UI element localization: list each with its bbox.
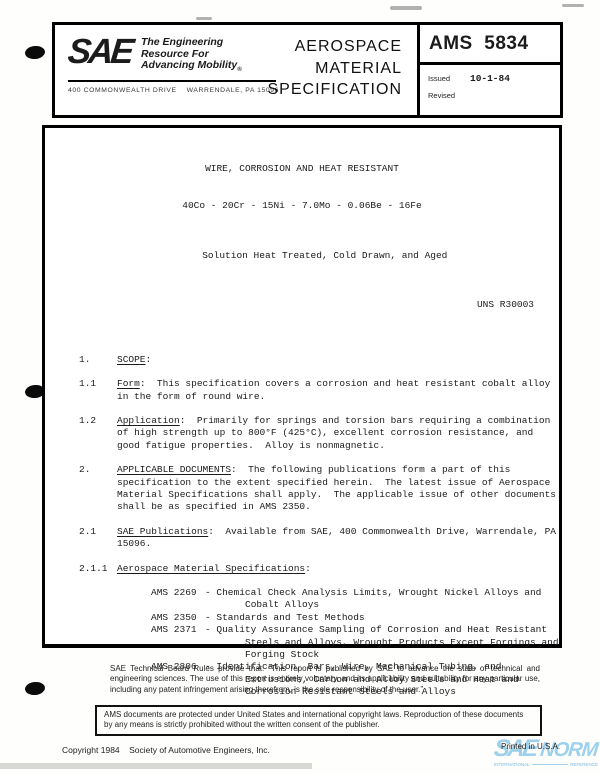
- revised-row: Revised: [420, 84, 560, 100]
- section-content: Application: Primarily for springs and t…: [117, 415, 559, 452]
- ams-code: AMS 2350: [151, 612, 205, 624]
- revised-label: Revised: [428, 91, 470, 100]
- scan-smudge: [390, 6, 422, 10]
- spec-title-block: WIRE, CORROSION AND HEAT RESISTANT 40Co …: [45, 138, 559, 312]
- section-heading: Application: [117, 415, 180, 426]
- ams-code: AMS 2269: [151, 587, 205, 612]
- doc-type-line: MATERIAL: [268, 58, 403, 80]
- tagline-line: Advancing Mobility®: [141, 60, 242, 77]
- section-application: 1.2 Application: Primarily for springs a…: [79, 415, 559, 452]
- scan-smudge: [562, 4, 584, 7]
- uns-number: UNS R30003: [477, 299, 534, 311]
- spec-condition-line: Solution Heat Treated, Cold Drawn, and A…: [45, 237, 559, 287]
- publisher-block: SAE The Engineering Resource For Advanci…: [68, 35, 279, 94]
- section-applicable-documents: 2. APPLICABLE DOCUMENTS: The following p…: [79, 464, 559, 514]
- section-heading: SAE Publications: [117, 526, 208, 537]
- section-number: 1.2: [79, 415, 117, 452]
- sae-tagline: The Engineering Resource For Advancing M…: [141, 35, 242, 77]
- section-aerospace-material-specs: 2.1.1 Aerospace Material Specifications:: [79, 563, 559, 575]
- issued-row: Issued 10-1-84: [420, 65, 560, 84]
- main-content-box: WIRE, CORROSION AND HEAT RESISTANT 40Co …: [42, 125, 562, 648]
- section-content: SCOPE:: [117, 354, 559, 366]
- punch-hole-mark: [24, 681, 45, 696]
- section-sae-publications: 2.1 SAE Publications: Available from SAE…: [79, 526, 559, 551]
- issued-date: 10-1-84: [470, 73, 510, 84]
- doc-type-line: AEROSPACE: [268, 36, 403, 58]
- ams-code: AMS 2371: [151, 624, 205, 661]
- spec-title-line: WIRE, CORROSION AND HEAT RESISTANT: [45, 163, 559, 175]
- section-content: APPLICABLE DOCUMENTS: The following publ…: [117, 464, 559, 514]
- copyright-notice-box: AMS documents are protected under United…: [95, 705, 542, 736]
- section-number: 1.1: [79, 378, 117, 403]
- header-box: SAE The Engineering Resource For Advanci…: [52, 22, 563, 118]
- section-number: 2.1: [79, 526, 117, 551]
- document-type-title: AEROSPACE MATERIAL SPECIFICATION: [268, 36, 403, 101]
- ams-list-item: AMS 2269 - Chemical Check Analysis Limit…: [151, 587, 559, 612]
- spec-body: 1. SCOPE: 1.1 Form: This specification c…: [45, 354, 559, 699]
- section-number: 1.: [79, 354, 117, 366]
- section-scope: 1. SCOPE:: [79, 354, 559, 366]
- section-heading: SCOPE: [117, 354, 146, 365]
- section-form: 1.1 Form: This specification covers a co…: [79, 378, 559, 403]
- tagline-line: The Engineering: [141, 37, 242, 49]
- spec-number-panel: AMS 5834 Issued 10-1-84 Revised: [417, 25, 560, 115]
- bottom-scan-streak: [0, 763, 312, 769]
- sae-norm-watermark: SAE NORM Printed in U.S.A. INTERNATIONAL…: [494, 735, 598, 767]
- logo-row: SAE The Engineering Resource For Advanci…: [68, 35, 276, 82]
- ams-list-item: AMS 2350 - Standards and Test Methods: [151, 612, 559, 624]
- printed-in-usa: Printed in U.S.A.: [501, 742, 560, 751]
- scan-smudge: [196, 17, 212, 20]
- ams-description: - Standards and Test Methods: [205, 612, 559, 624]
- ams-list-item: AMS 2371 - Quality Assurance Sampling of…: [151, 624, 559, 661]
- publisher-address: 400 COMMONWEALTH DRIVE WARRENDALE, PA 15…: [68, 87, 279, 94]
- issued-label: Issued: [428, 74, 470, 83]
- section-content: Aerospace Material Specifications:: [117, 563, 559, 575]
- section-number: 2.: [79, 464, 117, 514]
- technical-board-rules-text: SAE Technical Board Rules provide that: …: [110, 664, 540, 695]
- section-heading: APPLICABLE DOCUMENTS: [117, 464, 231, 475]
- registered-mark: ®: [237, 67, 241, 73]
- section-heading: Form: [117, 378, 140, 389]
- section-content: Form: This specification covers a corros…: [117, 378, 559, 403]
- spec-number: AMS 5834: [420, 25, 560, 65]
- watermark-rule: [532, 764, 569, 765]
- scanned-spec-page: SAE The Engineering Resource For Advanci…: [0, 0, 600, 774]
- punch-hole-mark: [24, 45, 45, 60]
- doc-type-line: SPECIFICATION: [268, 79, 403, 101]
- section-heading: Aerospace Material Specifications: [117, 563, 305, 574]
- copyright-line: Copyright 1984 Society of Automotive Eng…: [62, 745, 270, 755]
- section-content: SAE Publications: Available from SAE, 40…: [117, 526, 559, 551]
- spec-composition-line: 40Co - 20Cr - 15Ni - 7.0Mo - 0.06Be - 16…: [45, 200, 559, 212]
- ams-description: - Chemical Check Analysis Limits, Wrough…: [205, 587, 559, 612]
- section-number: 2.1.1: [79, 563, 117, 575]
- ams-description: - Quality Assurance Sampling of Corrosio…: [205, 624, 559, 661]
- sae-logo: SAE: [66, 35, 133, 69]
